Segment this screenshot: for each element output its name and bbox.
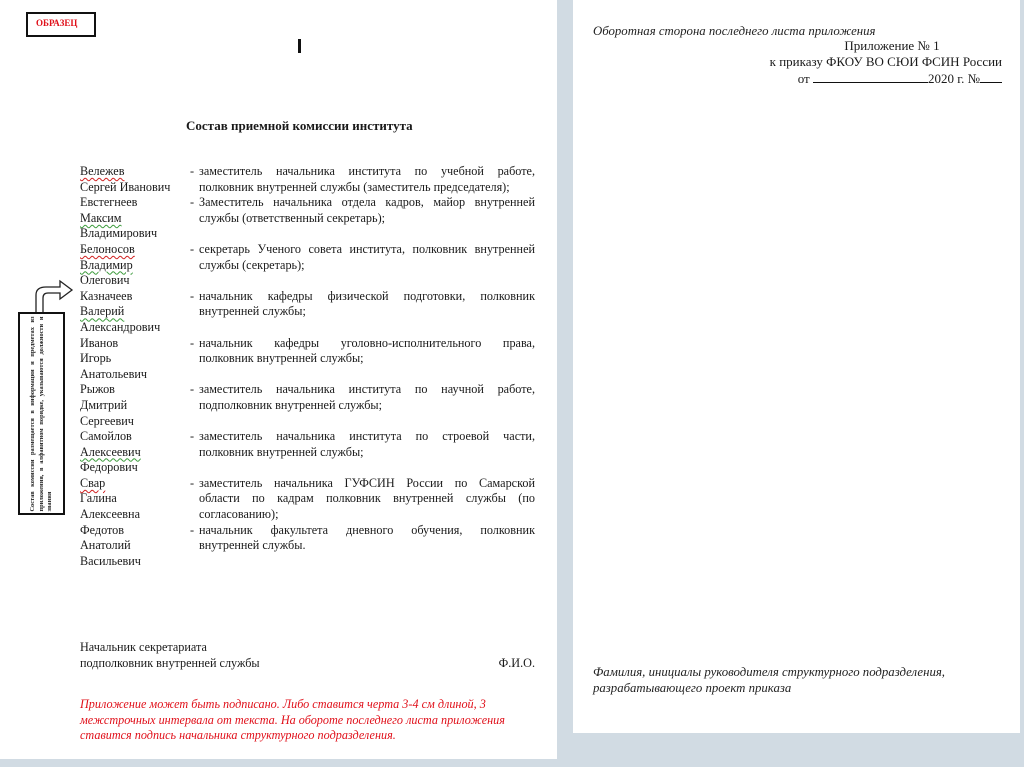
appendix-order-ref: к приказу ФКОУ ВО СЮИ ФСИН России (742, 54, 1002, 70)
date-blank (813, 70, 928, 83)
member-row: СамойловАлексеевичФедорович-заместитель … (80, 429, 535, 476)
member-dash: - (185, 289, 199, 336)
side-note-text: Состав комиссии размещается в информации… (29, 316, 55, 511)
member-name: ИвановИгорьАнатольевич (80, 336, 185, 383)
member-row: РыжовДмитрийСергеевич-заместитель началь… (80, 382, 535, 429)
member-dash: - (185, 429, 199, 476)
number-blank (980, 70, 1002, 83)
red-instruction-note: Приложение может быть подписано. Либо ст… (80, 697, 540, 744)
member-dash: - (185, 523, 199, 570)
curved-arrow-icon (30, 279, 74, 315)
sample-stamp: ОБРАЗЕЦ (26, 12, 96, 37)
reverse-side-caption: Оборотная сторона последнего листа прило… (593, 24, 876, 39)
member-row: БелоносовВладимирОлегович-секретарь Учен… (80, 242, 535, 289)
member-dash: - (185, 382, 199, 429)
member-dash: - (185, 476, 199, 523)
member-row: СварГалинаАлексеевна-заместитель начальн… (80, 476, 535, 523)
signature-rank: подполковник внутренней службы (80, 656, 535, 672)
member-row: ФедотовАнатолийВасильевич-начальник факу… (80, 523, 535, 570)
member-name: СварГалинаАлексеевна (80, 476, 185, 523)
member-position: начальник кафедры уголовно-исполнительно… (199, 336, 535, 383)
member-name: ФедотовАнатолийВасильевич (80, 523, 185, 570)
member-row: ЕвстегнеевМаксимВладимирович-Заместитель… (80, 195, 535, 242)
member-name: РыжовДмитрийСергеевич (80, 382, 185, 429)
member-position: секретарь Ученого совета института, полк… (199, 242, 535, 289)
members-list: ВележевСергей Иванович-заместитель начал… (80, 164, 535, 569)
appendix-date-line: от 2020 г. № (742, 70, 1002, 87)
appendix-number: Приложение № 1 (742, 38, 1002, 54)
member-name: КазначеевВалерийАлександрович (80, 289, 185, 336)
member-name: СамойловАлексеевичФедорович (80, 429, 185, 476)
member-row: КазначеевВалерийАлександрович-начальник … (80, 289, 535, 336)
member-position: заместитель начальника ГУФСИН России по … (199, 476, 535, 523)
sample-stamp-label: ОБРАЗЕЦ (36, 18, 77, 28)
appendix-header: Приложение № 1 к приказу ФКОУ ВО СЮИ ФСИ… (742, 38, 1002, 87)
signature-position: Начальник секретариата (80, 640, 535, 656)
member-row: ВележевСергей Иванович-заместитель начал… (80, 164, 535, 195)
member-position: начальник факультета дневного обучения, … (199, 523, 535, 570)
member-name: ЕвстегнеевМаксимВладимирович (80, 195, 185, 242)
member-row: ИвановИгорьАнатольевич-начальник кафедры… (80, 336, 535, 383)
member-position: начальник кафедры физической подготовки,… (199, 289, 535, 336)
side-note-box: Состав комиссии размещается в информации… (18, 312, 65, 515)
member-dash: - (185, 195, 199, 242)
member-position: Заместитель начальника отдела кадров, ма… (199, 195, 535, 242)
member-dash: - (185, 164, 199, 195)
member-dash: - (185, 242, 199, 289)
signature-block: Начальник секретариата подполковник внут… (80, 640, 535, 671)
head-of-unit-caption: Фамилия, инициалы руководителя структурн… (593, 664, 1013, 696)
document-title: Состав приемной комиссии института (186, 118, 413, 134)
member-name: ВележевСергей Иванович (80, 164, 185, 195)
right-page (573, 0, 1020, 733)
member-position: заместитель начальника института по стро… (199, 429, 535, 476)
member-position: заместитель начальника института по учеб… (199, 164, 535, 195)
signature-fio: Ф.И.О. (499, 656, 535, 672)
text-cursor (298, 39, 301, 53)
member-position: заместитель начальника института по науч… (199, 382, 535, 429)
member-dash: - (185, 336, 199, 383)
member-name: БелоносовВладимирОлегович (80, 242, 185, 289)
